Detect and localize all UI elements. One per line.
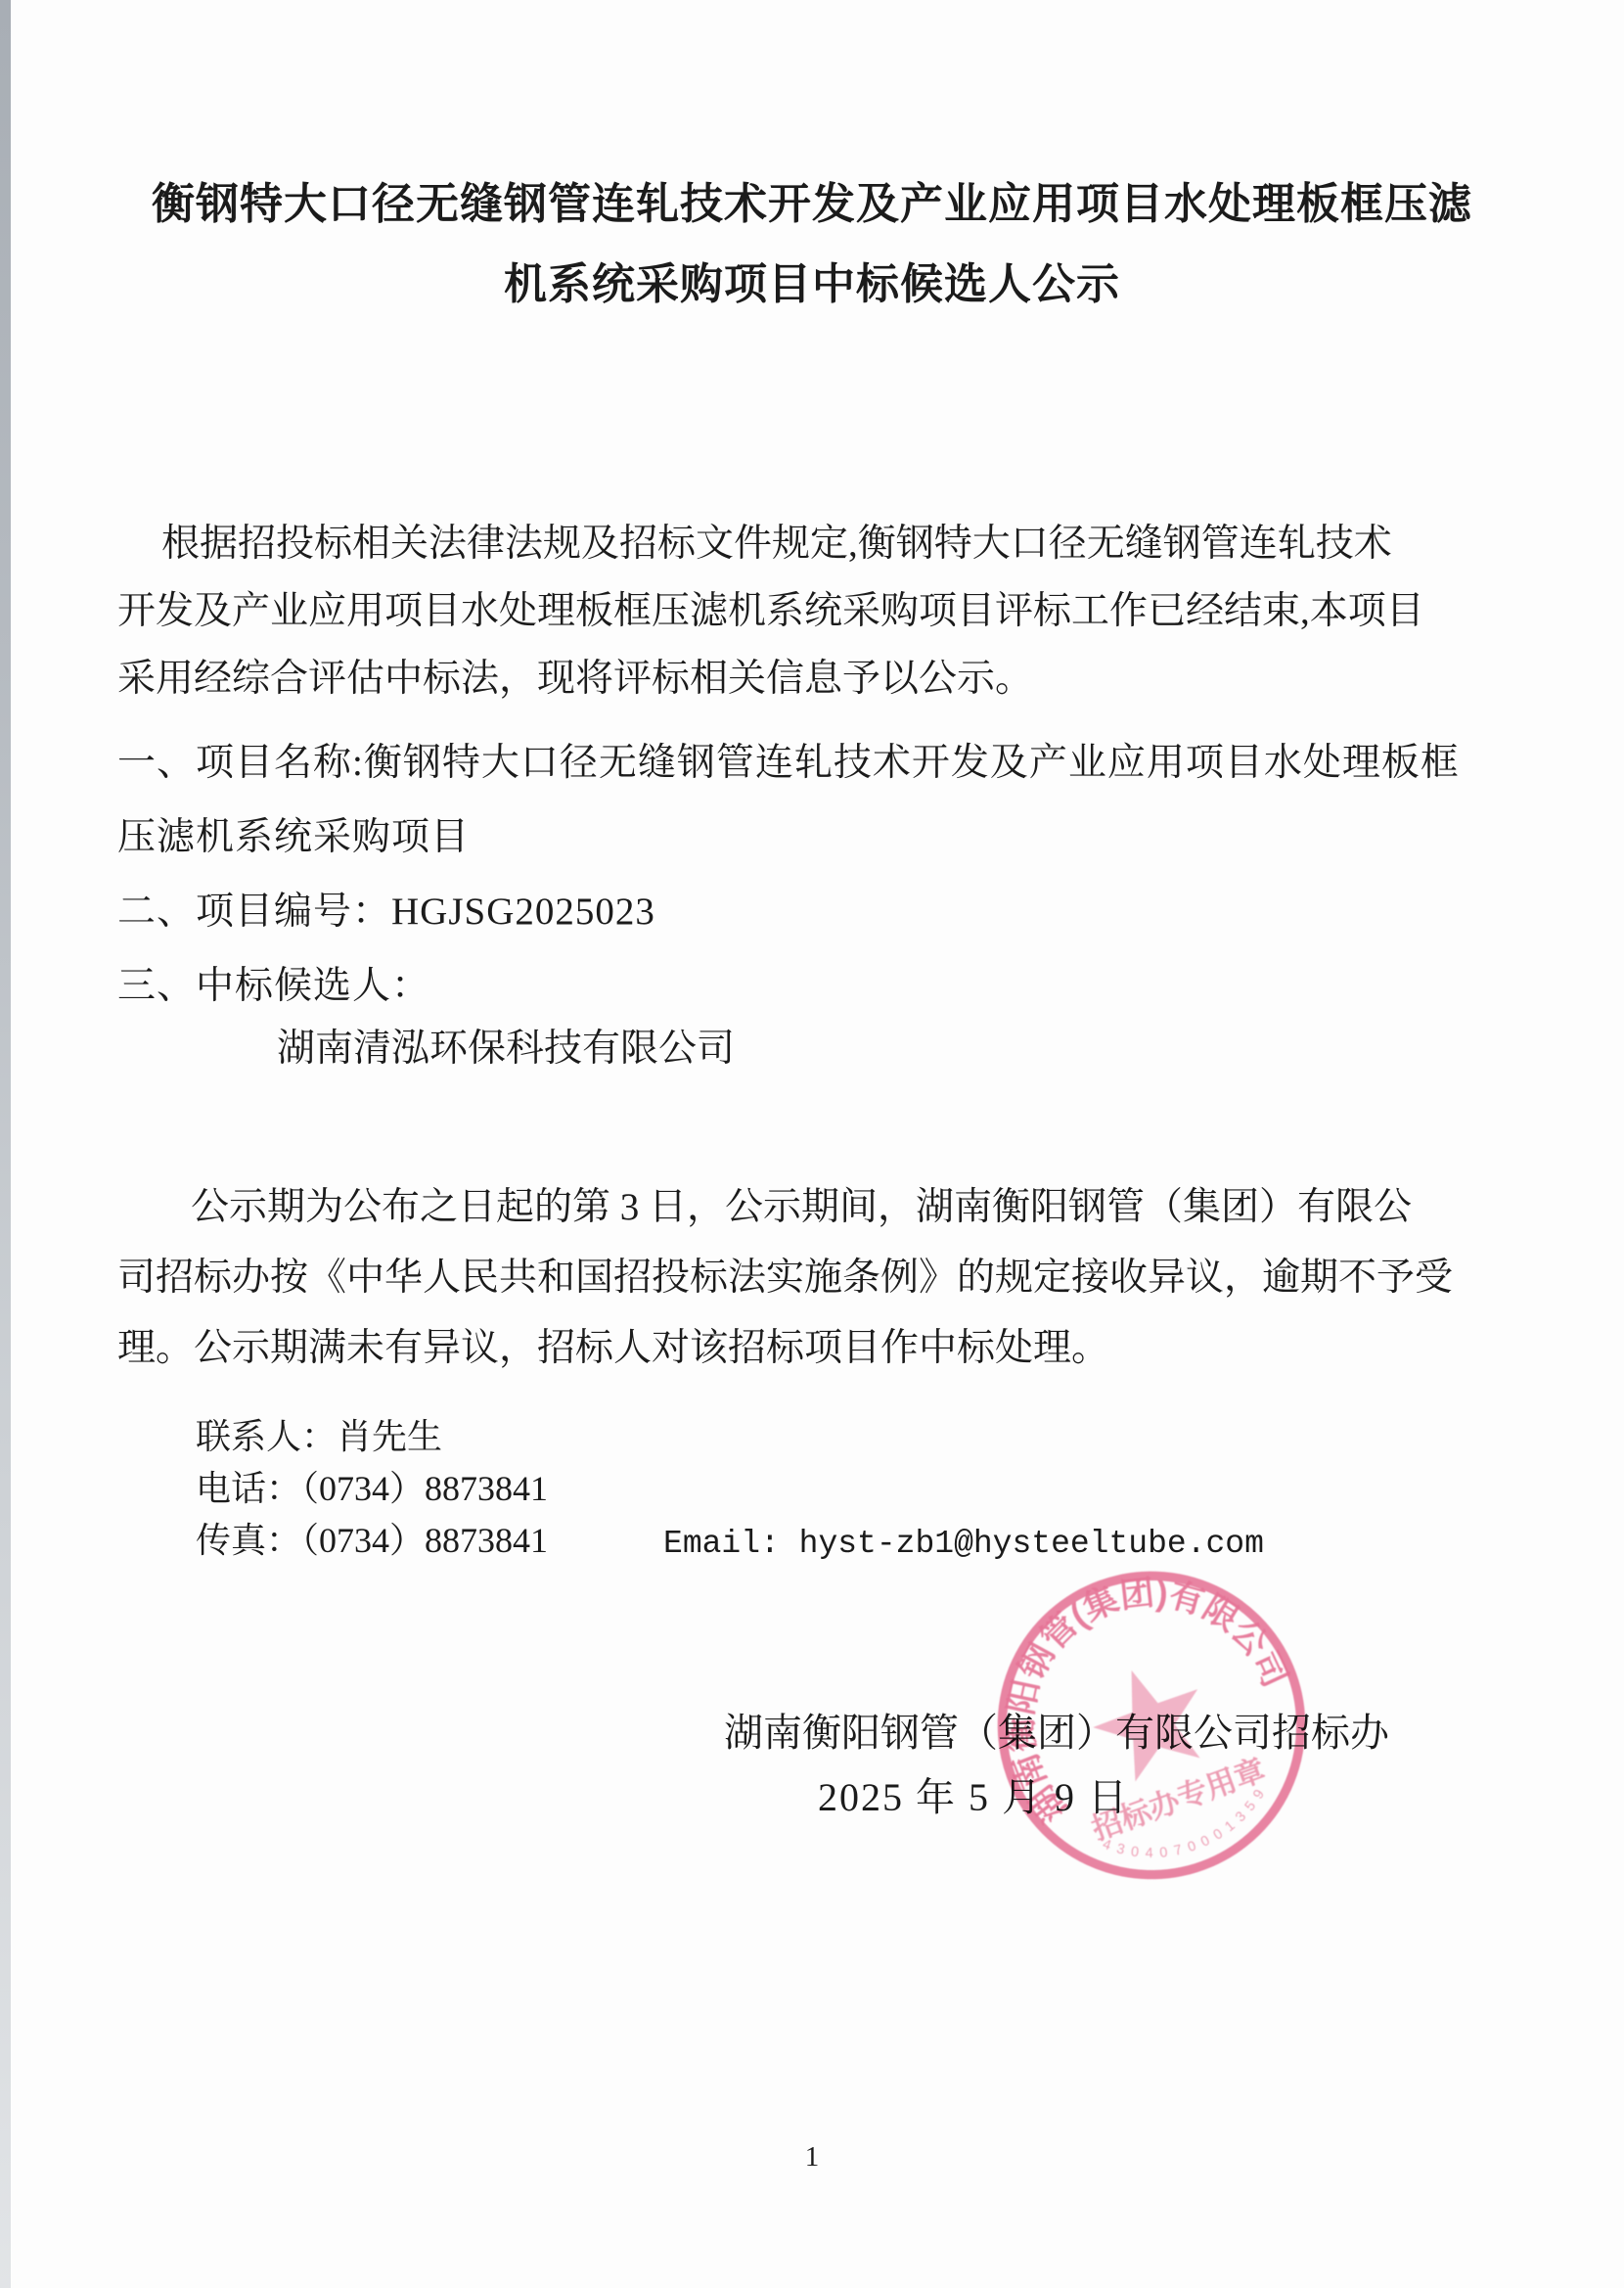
notice-line: 司招标办按《中华人民共和国招投标法实施条例》的规定接收异议，逾期不予受 — [117, 1243, 1507, 1313]
item-project-number: 二、项目编号：HGJSG2025023 — [117, 875, 1507, 949]
contact-fax-row: 传真：（0734）8873841 Email: hyst-zb1@hysteel… — [196, 1515, 1585, 1570]
contact-block: 联系人：肖先生 电话：（0734）8873841 传真：（0734）887384… — [117, 1411, 1585, 1570]
document-title: 衡钢特大口径无缝钢管连轧技术开发及产业应用项目水处理板框压滤 机系统采购项目中标… — [0, 164, 1624, 325]
page-number: 1 — [0, 2141, 1624, 2174]
notice-line: 公示期为公布之日起的第 3 日，公示期间，湖南衡阳钢管（集团）有限公 — [117, 1172, 1507, 1243]
numbered-items: 一、项目名称:衡钢特大口径无缝钢管连轧技术开发及产业应用项目水处理板框 压滤机系… — [117, 726, 1507, 1024]
scan-edge-artifact — [0, 0, 11, 2288]
notice-paragraph: 公示期为公布之日起的第 3 日，公示期间，湖南衡阳钢管（集团）有限公 司招标办按… — [117, 1172, 1507, 1384]
intro-line: 根据招投标相关法律法规及招标文件规定,衡钢特大口径无缝钢管连轧技术 — [117, 510, 1507, 577]
contact-fax: 传真：（0734）8873841 — [196, 1515, 548, 1567]
winning-candidate: 湖南清泓环保科技有限公司 — [117, 1018, 1624, 1080]
scanned-document-page: { "document": { "title_lines": [ "衡钢特大口径… — [0, 0, 1624, 2288]
intro-paragraph: 根据招投标相关法律法规及招标文件规定,衡钢特大口径无缝钢管连轧技术 开发及产业应… — [117, 510, 1507, 712]
stamp-star-icon — [1079, 1651, 1220, 1789]
notice-line: 理。公示期满未有异议，招标人对该招标项目作中标处理。 — [117, 1313, 1507, 1384]
intro-line: 采用经综合评估中标法，现将评标相关信息予以公示。 — [117, 645, 1507, 712]
contact-person: 联系人：肖先生 — [196, 1411, 1585, 1463]
candidate-name: 湖南清泓环保科技有限公司 — [277, 1018, 1624, 1080]
intro-line: 开发及产业应用项目水处理板框压滤机系统采购项目评标工作已经结束,本项目 — [117, 577, 1507, 645]
item-candidate-heading: 三、中标候选人： — [117, 949, 1507, 1024]
stamp-office-text: 招标办专用章 — [1087, 1752, 1269, 1846]
contact-phone: 电话：（0734）8873841 — [196, 1463, 1585, 1515]
title-line-1: 衡钢特大口径无缝钢管连轧技术开发及产业应用项目水处理板框压滤 — [0, 164, 1624, 245]
title-line-2: 机系统采购项目中标候选人公示 — [0, 245, 1624, 325]
official-red-stamp: 湖南衡阳钢管(集团)有限公司 招标办专用章 4304070001359 — [945, 1519, 1359, 1933]
item-project-name-line-2: 压滤机系统采购项目 — [117, 801, 1507, 875]
item-project-name-line-1: 一、项目名称:衡钢特大口径无缝钢管连轧技术开发及产业应用项目水处理板框 — [117, 726, 1507, 801]
